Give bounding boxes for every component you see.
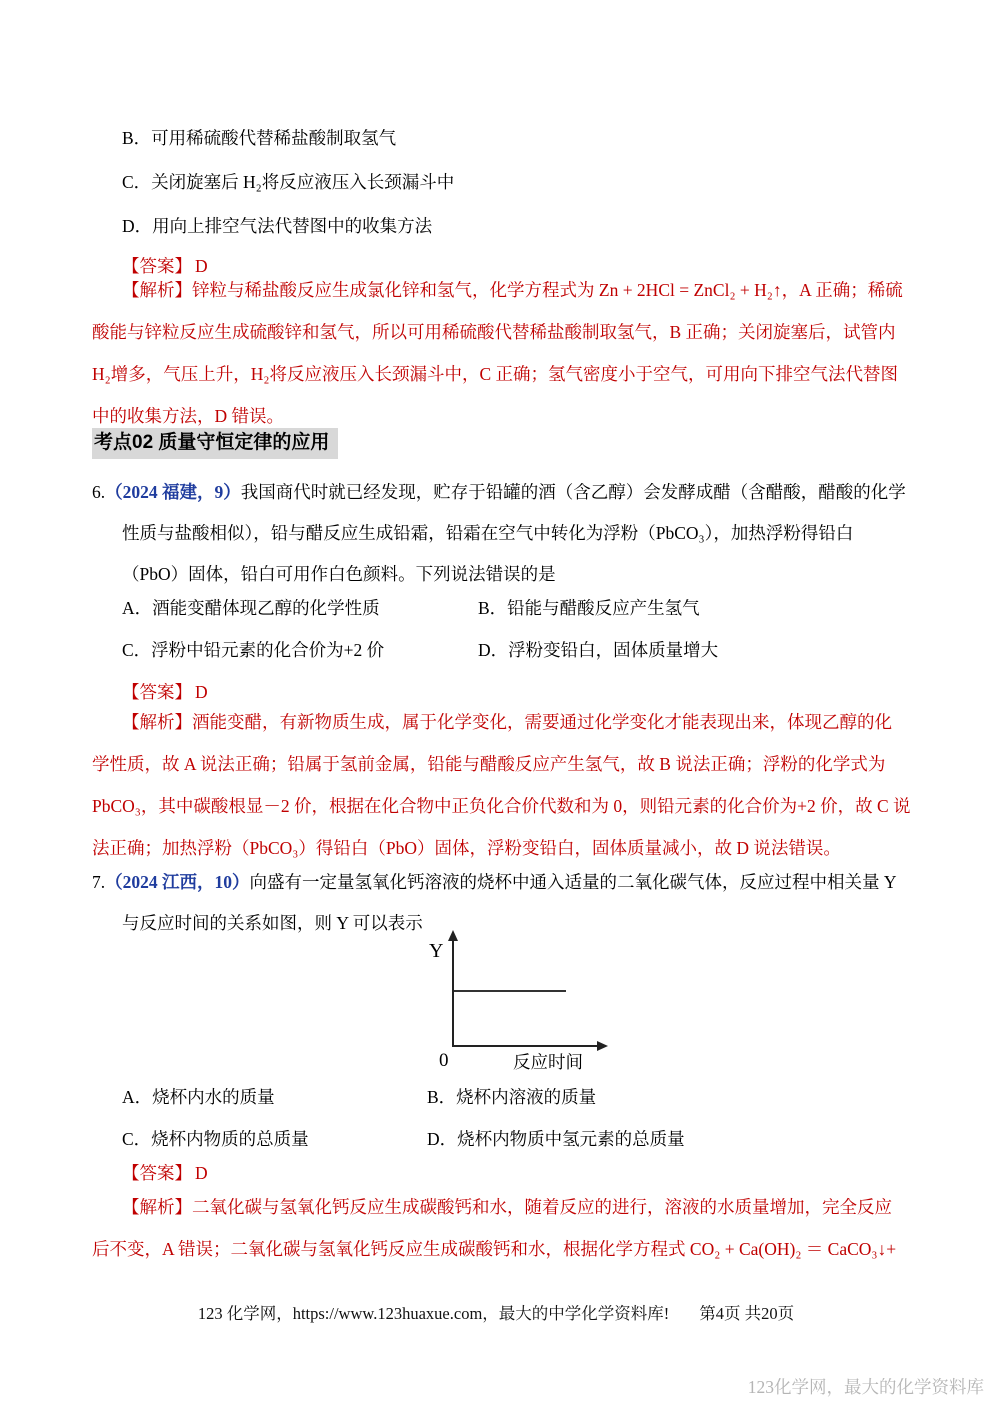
q7-option-a: A．烧杯内水的质量 [122, 1086, 275, 1108]
stem-text: 我国商代时就已经发现，贮存于铅罐的酒（含乙醇）会发酵成醋（含醋酸，醋酸的化学 [241, 482, 906, 502]
section-heading: 考点02 质量守恒定律的应用 [92, 428, 338, 459]
q5-option-b: B．可用稀硫酸代替稀盐酸制取氢气 [122, 127, 396, 149]
q6-analysis: 【解析】酒能变醋，有新物质生成，属于化学变化，需要通过化学变化才能表现出来，体现… [92, 701, 922, 869]
q7-option-c: C．烧杯内物质的总质量 [122, 1128, 309, 1150]
chart-origin-label: 0 [439, 1050, 449, 1072]
q6-stem: 6.（2024 福建，9）我国商代时就已经发现，贮存于铅罐的酒（含乙醇）会发酵成… [122, 472, 922, 595]
analysis-line: PbCO₃，其中碳酸根显－2 价，根据在化合物中正负化合价代数和为 0，则铅元素… [92, 785, 922, 827]
chart-x-axis-label: 反应时间 [513, 1049, 583, 1074]
question-source: （2024 福建，9） [105, 482, 241, 502]
q6-answer: 【答案】D [122, 681, 208, 703]
chart-data-line [454, 990, 566, 992]
stem-line: 性质与盐酸相似），铅与醋反应生成铅霜，铅霜在空气中转化为浮粉（PbCO₃），加热… [122, 513, 922, 554]
analysis-line: 【解析】酒能变醋，有新物质生成，属于化学变化，需要通过化学变化才能表现出来，体现… [92, 701, 922, 743]
q5-option-d: D．用向上排空气法代替图中的收集方法 [122, 215, 432, 237]
analysis-line: 学性质，故 A 说法正确；铅属于氢前金属，铅能与醋酸反应产生氢气，故 B 说法正… [92, 743, 922, 785]
question-source: （2024 江西，10） [105, 872, 249, 892]
analysis-line: 后不变，A 错误；二氧化碳与氢氧化钙反应生成碳酸钙和水，根据化学方程式 CO₂ … [92, 1228, 922, 1270]
footer-site-text: 123 化学网，https://www.123huaxue.com，最大的中学化… [198, 1304, 669, 1323]
q6-option-a: A．酒能变醋体现乙醇的化学性质 [122, 597, 380, 619]
watermark-text: 123化学网，最大的化学资料库 [748, 1374, 984, 1399]
document-page: B．可用稀硫酸代替稀盐酸制取氢气 C．关闭旋塞后 H₂将反应液压入长颈漏斗中 D… [0, 0, 992, 1403]
analysis-line: H₂增多，气压上升，H₂将反应液压入长颈漏斗中，C 正确；氢气密度小于空气，可用… [92, 353, 922, 395]
chart-y-axis-label: Y [429, 940, 443, 963]
question-number: 7. [92, 872, 105, 892]
analysis-line: 【解析】二氧化碳与氢氧化钙反应生成碳酸钙和水，随着反应的进行，溶液的水质量增加，… [92, 1186, 922, 1228]
analysis-line: 【解析】锌粒与稀盐酸反应生成氯化锌和氢气，化学方程式为 Zn + 2HCl = … [92, 269, 922, 311]
answer-label: 【答案】 [122, 1163, 192, 1183]
answer-label: 【答案】 [122, 682, 192, 702]
stem-line: 6.（2024 福建，9）我国商代时就已经发现，贮存于铅罐的酒（含乙醇）会发酵成… [92, 472, 922, 513]
answer-letter: D [195, 682, 208, 702]
stem-text: 向盛有一定量氢氧化钙溶液的烧杯中通入适量的二氧化碳气体，反应过程中相关量 Y [250, 872, 897, 892]
answer-letter: D [195, 1163, 208, 1183]
q7-option-b: B．烧杯内溶液的质量 [427, 1086, 596, 1108]
q7-stem: 7.（2024 江西，10）向盛有一定量氢氧化钙溶液的烧杯中通入适量的二氧化碳气… [122, 862, 922, 944]
question-number: 6. [92, 482, 105, 502]
stem-line: （PbO）固体，铅白可用作白色颜料。下列说法错误的是 [122, 554, 922, 595]
stem-line: 7.（2024 江西，10）向盛有一定量氢氧化钙溶液的烧杯中通入适量的二氧化碳气… [92, 862, 922, 903]
analysis-line: 酸能与锌粒反应生成硫酸锌和氢气，所以可用稀硫酸代替稀盐酸制取氢气，B 正确；关闭… [92, 311, 922, 353]
q7-option-d: D．烧杯内物质中氢元素的总质量 [427, 1128, 685, 1150]
q6-option-c: C．浮粉中铅元素的化合价为+2 价 [122, 639, 384, 661]
q6-option-d: D．浮粉变铅白，固体质量增大 [478, 639, 718, 661]
q7-answer: 【答案】D [122, 1162, 208, 1184]
reaction-time-chart: Y 0 反应时间 [420, 933, 655, 1073]
chart-y-axis [452, 940, 454, 1047]
q5-analysis: 【解析】锌粒与稀盐酸反应生成氯化锌和氢气，化学方程式为 Zn + 2HCl = … [92, 269, 922, 437]
page-footer: 123 化学网，https://www.123huaxue.com，最大的中学化… [0, 1300, 992, 1324]
chart-x-axis [452, 1045, 599, 1047]
q5-option-c: C．关闭旋塞后 H₂将反应液压入长颈漏斗中 [122, 171, 454, 193]
q6-option-b: B．铅能与醋酸反应产生氢气 [478, 597, 700, 619]
footer-page-number: 第4页 共20页 [699, 1304, 794, 1323]
q7-analysis: 【解析】二氧化碳与氢氧化钙反应生成碳酸钙和水，随着反应的进行，溶液的水质量增加，… [92, 1186, 922, 1270]
x-axis-arrow-icon [597, 1041, 608, 1051]
